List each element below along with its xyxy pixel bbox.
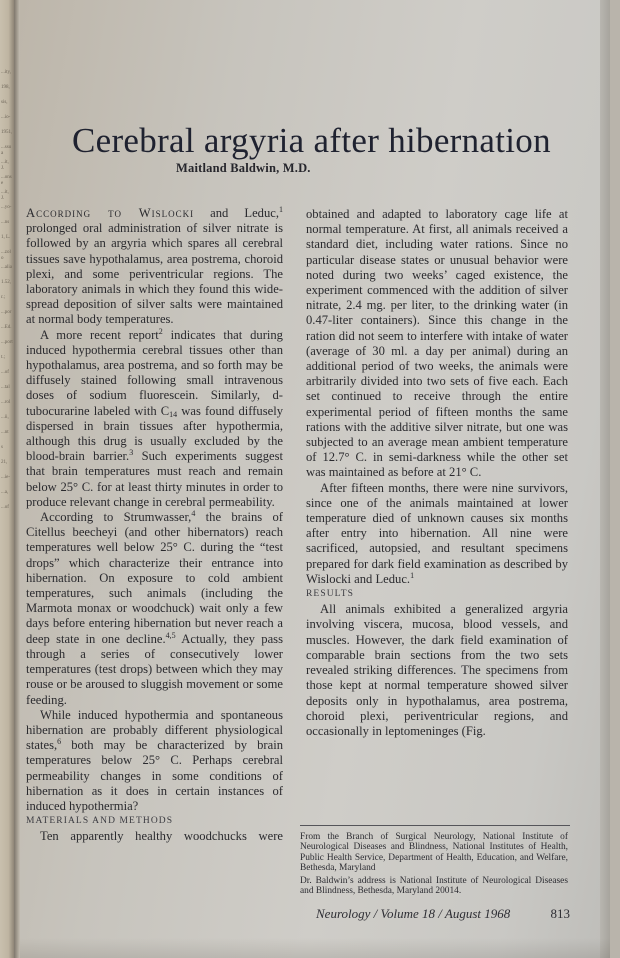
facing-page-fragment: ...yo-	[1, 205, 13, 211]
facing-page-fragment: 198,	[1, 85, 13, 91]
lead-in-smallcaps: According to Wislocki	[26, 206, 194, 220]
facing-page-fragment: 1, L.	[1, 235, 13, 241]
facing-page-fragment: ...tal	[1, 385, 13, 391]
footnotes: From the Branch of Surgical Neurology, N…	[300, 832, 568, 898]
facing-page-fragment: ...ii,	[1, 415, 13, 421]
facing-page-fragment: 21,	[1, 460, 13, 466]
facing-page-fragment: sis,	[1, 100, 13, 106]
text-column-left: According to Wislocki and Leduc,1 prolon…	[26, 206, 283, 845]
facing-page-binding: ...ity,198,sis,...io-1951,...ssua...it, …	[0, 0, 14, 958]
facing-page-fragment: ...port	[1, 340, 13, 346]
facing-page-fragment: ...it, J.	[1, 190, 13, 202]
paragraph-methods-continued: obtained and adapted to laboratory cage …	[306, 207, 568, 481]
facing-page-fragment: ...zolo	[1, 250, 13, 262]
facing-page-fragment: ...of	[1, 505, 13, 511]
facing-page-fragment: ...nt	[1, 430, 13, 436]
footnote-affiliation: From the Branch of Surgical Neurology, N…	[300, 832, 568, 874]
facing-page-fragment: ...Ed.	[1, 325, 13, 331]
text-column-right: obtained and adapted to laboratory cage …	[306, 207, 568, 739]
facing-page-fragment: ...a,	[1, 490, 13, 496]
article-title: Cerebral argyria after hibernation	[72, 121, 542, 161]
journal-citation: Neurology / Volume 18 / August 1968	[316, 906, 510, 921]
paragraph-hypothesis: While induced hypothermia and spontaneou…	[26, 708, 283, 814]
footnote-divider	[300, 825, 570, 826]
facing-page-fragment: ...ssua	[1, 145, 13, 157]
facing-page-fragment: t.;	[1, 355, 13, 361]
facing-page-fragment: ...of	[1, 370, 13, 376]
facing-page-fragment: ...por	[1, 310, 13, 316]
page-bottom-shadow	[20, 938, 610, 958]
facing-page-fragment: ...rol	[1, 400, 13, 406]
page-edge	[600, 0, 610, 958]
facing-page-fragment: ...onse	[1, 175, 13, 187]
facing-page-fragment: ...alia	[1, 265, 13, 271]
paragraph-intro: According to Wislocki and Leduc,1 prolon…	[26, 206, 283, 328]
paragraph-survivors: After fifteen months, there were nine su…	[306, 481, 568, 587]
facing-page-fragment: ...it, J.	[1, 160, 13, 172]
isotope-subscript: 14	[169, 410, 177, 419]
running-footer: Neurology / Volume 18 / August 1968 813	[316, 906, 570, 922]
author-byline: Maitland Baldwin, M.D.	[176, 161, 311, 176]
section-heading-results: Results	[306, 587, 568, 602]
facing-page-fragment: ...io-	[1, 115, 13, 121]
facing-page-fragment: 1951,	[1, 130, 13, 136]
facing-page-fragment: 1.52,	[1, 280, 13, 286]
paragraph-methods: Ten apparently healthy woodchucks were	[26, 829, 283, 844]
footnote-address: Dr. Baldwin’s address is National Instit…	[300, 876, 568, 897]
paragraph-strumwasser: According to Strumwasser,4 the brains of…	[26, 510, 283, 708]
reference-marker: 4,5	[166, 631, 176, 640]
facing-page-fragment: ...ity,	[1, 70, 13, 76]
paragraph-hypothermia-report: A more recent report2 indicates that dur…	[26, 328, 283, 510]
page-number: 813	[551, 906, 571, 922]
facing-page-fragment: s	[1, 445, 13, 451]
section-heading-methods: Materials and Methods	[26, 814, 283, 829]
reference-marker: 1	[279, 205, 283, 214]
facing-page-fragment: ...ns	[1, 220, 13, 226]
paragraph-results: All animals exhibited a generalized argy…	[306, 602, 568, 739]
reference-marker: 1	[410, 571, 414, 580]
facing-page-fragment: ...ie-	[1, 475, 13, 481]
facing-page-fragment: r.;	[1, 295, 13, 301]
